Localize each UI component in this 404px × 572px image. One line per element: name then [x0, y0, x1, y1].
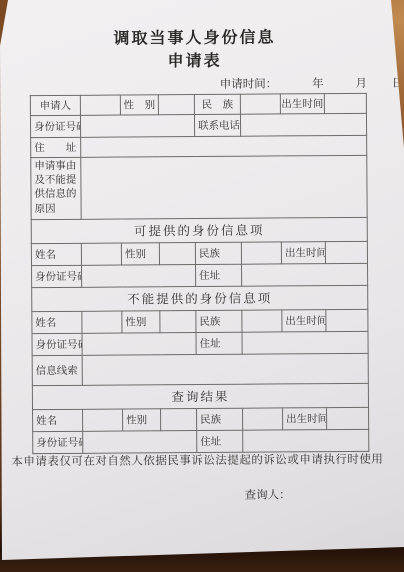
gender-value-cell: [158, 95, 194, 115]
section-title-result: 查询结果: [32, 383, 368, 409]
address-value-cell: [242, 263, 368, 286]
provided-name-row: 姓名 性别 民族 出生时间: [31, 241, 367, 265]
address-value-cell: [81, 135, 367, 157]
gender-value-cell: [159, 242, 195, 264]
reason-value-cell: [81, 155, 367, 219]
address-value-cell: [243, 429, 369, 452]
applicant-label-cell: 申请人: [30, 95, 80, 115]
apply-time-line: 申请时间： 年 月 日: [220, 75, 404, 92]
gender-label-cell: 性别: [121, 242, 159, 264]
result-id-row: 身份证号码 住址: [33, 429, 369, 453]
gender-label-cell: 性别: [122, 310, 160, 332]
application-form-table: 申请人 性 别 民 族 出生时间 身份证号码 联系电话 住 址: [30, 93, 369, 454]
id-number-label-cell: 身份证号码: [30, 115, 80, 137]
birthdate-value-cell: [325, 241, 367, 263]
applicant-value-cell: [80, 95, 120, 115]
address-label-cell: 住址: [196, 332, 242, 354]
footer-note: 本申请表仅可在对自然人依据民事诉讼法提起的诉讼或申请执行时使用: [2, 451, 392, 470]
birthdate-label-cell: 出生时间: [283, 407, 327, 429]
result-name-row: 姓名 性别 民族 出生时间: [33, 407, 369, 431]
gender-value-cell: [161, 408, 197, 430]
name-label-cell: 姓名: [33, 409, 83, 431]
id-number-label-cell: 身份证号码: [32, 265, 82, 287]
info-clue-row: 信息线索: [32, 353, 368, 385]
form-title-line2: 申请表: [0, 49, 390, 75]
id-number-value-cell: [80, 115, 194, 138]
apply-time-label: 申请时间：: [220, 78, 278, 90]
month-label: 月: [355, 78, 367, 90]
info-clue-value-cell: [82, 353, 368, 385]
unavailable-id-row: 身份证号码 住址: [32, 331, 368, 355]
ethnicity-value-cell: [240, 94, 280, 114]
section-header-provided: 可提供的身份信息项: [31, 217, 367, 243]
unavailable-name-row: 姓名 性别 民族 出生时间: [32, 309, 368, 333]
section-header-result: 查询结果: [32, 383, 368, 409]
gender-label-cell: 性 别: [120, 95, 158, 115]
paper-sheet: 调取当事人身份信息 申请表 申请时间： 年 月 日 申请人 性 别: [0, 0, 404, 572]
ethnicity-value-cell: [243, 408, 283, 430]
address-row: 住 址: [31, 135, 367, 157]
birthdate-label-cell: 出生时间: [282, 309, 326, 331]
ethnicity-label-cell: 民族: [197, 408, 243, 430]
name-label-cell: 姓名: [31, 243, 81, 265]
id-phone-row: 身份证号码 联系电话: [30, 113, 366, 137]
gender-label-cell: 性别: [123, 408, 161, 430]
id-number-value-cell: [82, 332, 196, 355]
address-label-cell: 住 址: [31, 137, 81, 157]
birthdate-value-cell: [326, 309, 368, 331]
gender-value-cell: [160, 310, 196, 332]
phone-value-cell: [240, 113, 366, 136]
name-label-cell: 姓名: [32, 311, 82, 333]
year-label: 年: [312, 78, 324, 90]
reason-row: 申请事由及不能提供信息的原因: [31, 155, 367, 219]
birthdate-label-cell: 出生时间: [281, 241, 325, 263]
signer-label: 查询人：: [245, 486, 291, 502]
photo-background: 调取当事人身份信息 申请表 申请时间： 年 月 日 申请人 性 别: [0, 0, 404, 572]
name-value-cell: [83, 409, 123, 431]
address-value-cell: [242, 331, 368, 354]
id-number-label-cell: 身份证号码: [32, 333, 82, 355]
ethnicity-label-cell: 民族: [195, 242, 241, 264]
ethnicity-value-cell: [241, 242, 281, 264]
form-title-line1: 调取当事人身份信息: [0, 26, 390, 52]
name-value-cell: [82, 311, 122, 333]
reason-label-cell: 申请事由及不能提供信息的原因: [31, 157, 81, 219]
applicant-row: 申请人 性 别 民 族 出生时间: [30, 93, 366, 115]
section-title-provided: 可提供的身份信息项: [31, 217, 367, 243]
provided-id-row: 身份证号码 住址: [32, 263, 368, 287]
birthdate-value-cell: [324, 93, 366, 113]
ethnicity-value-cell: [242, 310, 282, 332]
section-title-unavailable: 不能提供的身份信息项: [32, 285, 368, 311]
address-label-cell: 住址: [196, 264, 242, 286]
phone-label-cell: 联系电话: [194, 114, 240, 136]
ethnicity-label-cell: 民族: [196, 310, 242, 332]
section-header-unavailable: 不能提供的身份信息项: [32, 285, 368, 311]
birthdate-value-cell: [327, 407, 369, 429]
form-content: 调取当事人身份信息 申请表 申请时间： 年 月 日 申请人 性 别: [0, 0, 404, 572]
address-label-cell: 住址: [197, 430, 243, 452]
id-number-value-cell: [82, 264, 196, 287]
day-label: 日: [392, 78, 404, 90]
ethnicity-label-cell: 民 族: [194, 94, 240, 114]
id-number-label-cell: 身份证号码: [33, 431, 83, 453]
id-number-value-cell: [83, 430, 197, 453]
info-clue-label-cell: 信息线索: [32, 355, 82, 385]
form-title: 调取当事人身份信息 申请表: [0, 26, 390, 75]
birthdate-label-cell: 出生时间: [280, 94, 324, 114]
name-value-cell: [81, 243, 121, 265]
